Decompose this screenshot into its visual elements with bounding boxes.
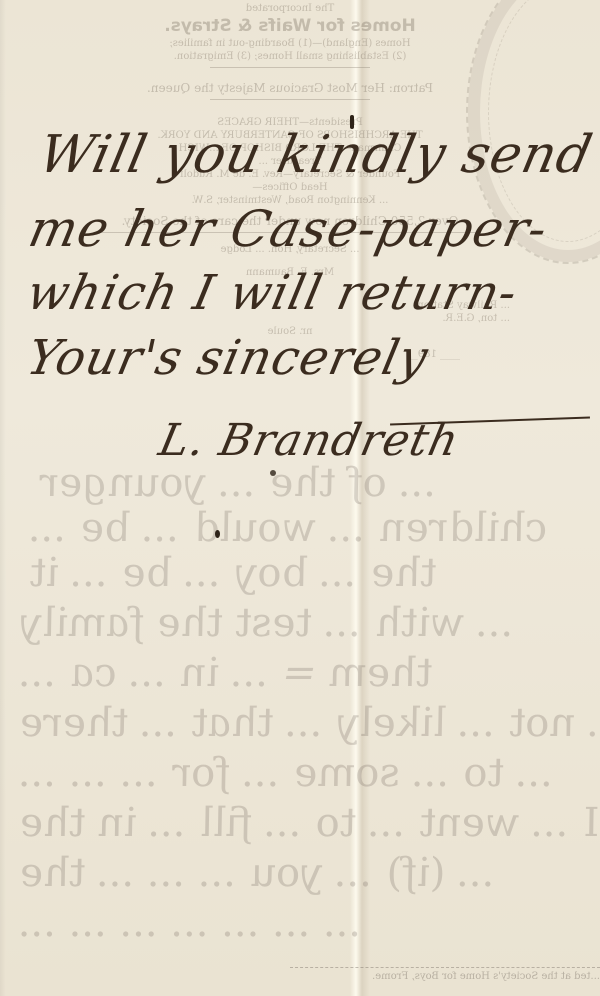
show-through-line: ... not ... likely ... that ... there <box>15 700 600 746</box>
show-through-line: them = ... in ... ca ... <box>15 650 437 696</box>
show-through-line: ... of the ... younger <box>35 460 443 506</box>
handwriting-line-2: me her Case-paper- <box>24 200 553 258</box>
letterhead-line2: (2) Establishing small Homes; (3) Emigra… <box>60 50 520 63</box>
show-through-line: ... ... ... ... ... ... ... <box>15 900 368 946</box>
letter-page: The Incorporated Homes for Waifs & Stray… <box>0 0 600 996</box>
footer-rule <box>290 967 600 969</box>
show-through-line: ... I ... went ... to ... fill ... in th… <box>15 800 600 846</box>
handwriting-line-3: which I will return- <box>22 265 523 321</box>
show-through-line: ... with ... test the family <box>15 600 520 646</box>
letterhead-small-top: The Incorporated <box>60 2 520 15</box>
letterhead-title: Homes for Waifs & Strays. <box>60 15 520 37</box>
letterhead-line1: Homes (England)—(1) Boarding-out in fami… <box>60 37 520 50</box>
letterhead-rule <box>210 99 370 100</box>
show-through-line: ... (if) ... you ... ... ... the <box>15 850 501 896</box>
handwriting-line-4: Your's sincerely <box>22 330 433 386</box>
show-through-line: ... to ... some ... for ... ... ... <box>15 750 560 796</box>
ink-blot <box>215 530 220 538</box>
show-through-line: children ... would ... be ... <box>25 505 552 551</box>
letterhead-rule <box>210 67 370 68</box>
ink-blot <box>350 115 354 129</box>
show-through-line: the ... boy ... be ... it <box>25 550 441 596</box>
letterhead-patron: Patron: Her Most Gracious Majesty the Qu… <box>60 82 520 95</box>
ink-blot <box>270 470 276 476</box>
handwriting-line-1: Will you kindly send <box>34 125 598 185</box>
footer-printer-line: ...ted at the Society's Home for Boys, F… <box>290 971 600 982</box>
